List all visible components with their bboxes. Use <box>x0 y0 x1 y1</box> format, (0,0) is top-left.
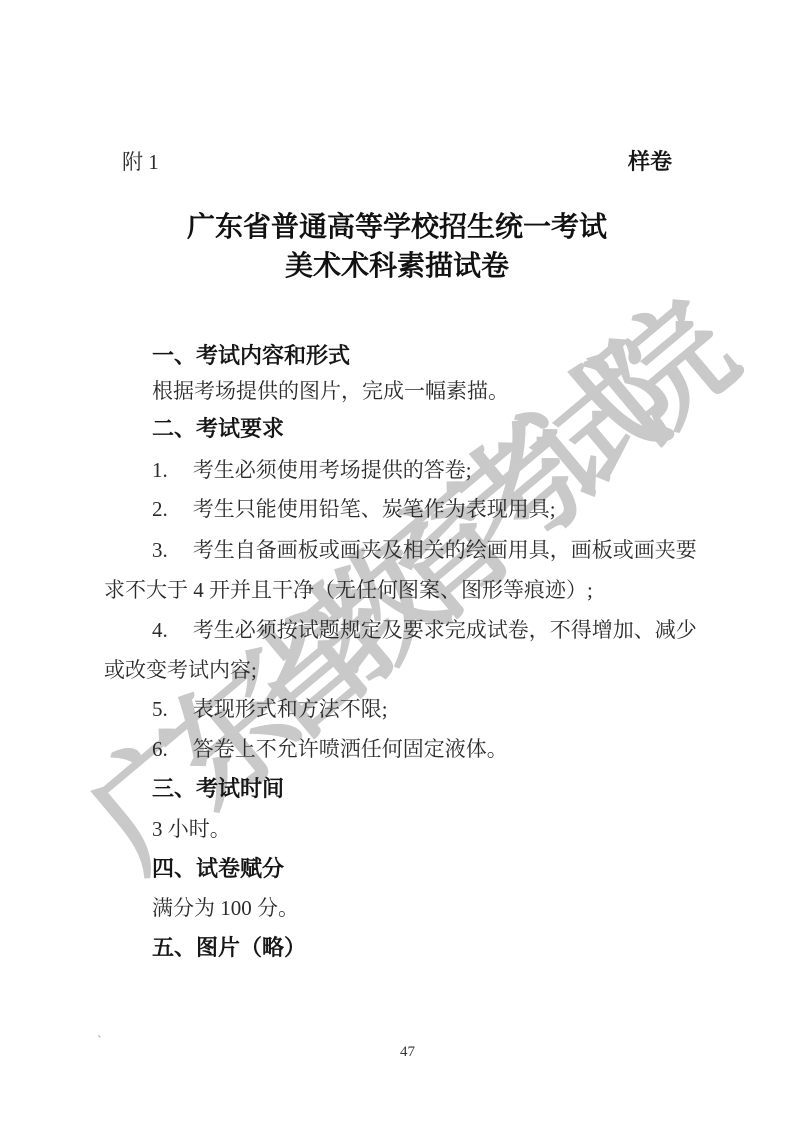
section-1-heading: 一、考试内容和形式 <box>152 344 350 368</box>
section-3-body: 3 小时。 <box>152 817 231 841</box>
item-4-text-line-2: 或改变考试内容; <box>104 658 257 682</box>
page-number: 47 <box>400 1040 415 1064</box>
document-page: 广东省教育考试院 附 1 样卷 广东省普通高等学校招生统一考试 美术术科素描试卷… <box>0 0 794 1123</box>
section-1-body: 根据考场提供的图片，完成一幅素描。 <box>152 379 509 403</box>
item-1-text: 考生必须使用考场提供的答卷; <box>193 458 472 482</box>
requirement-item-1: 1.考生必须使用考场提供的答卷; <box>152 458 472 482</box>
item-5-number: 5. <box>152 697 168 721</box>
requirement-item-4: 4.考生必须按试题规定及要求完成试卷，不得增加、减少 <box>152 618 697 642</box>
item-4-text-line-1: 考生必须按试题规定及要求完成试卷，不得增加、减少 <box>193 618 697 642</box>
item-6-number: 6. <box>152 737 168 761</box>
section-4-body: 满分为 100 分。 <box>152 896 299 920</box>
item-3-number: 3. <box>152 538 168 562</box>
item-4-number: 4. <box>152 618 168 642</box>
section-3-heading: 三、考试时间 <box>152 777 284 801</box>
section-5-heading: 五、图片（略） <box>152 936 306 960</box>
document-title-line-2: 美术术科素描试卷 <box>0 255 794 279</box>
requirement-item-5: 5.表现形式和方法不限; <box>152 697 388 721</box>
requirement-item-3: 3.考生自备画板或画夹及相关的绘画用具，画板或画夹要 <box>152 538 697 562</box>
item-3-text-line-2: 求不大于 4 开并且干净（无任何图案、图形等痕迹）; <box>104 578 593 602</box>
item-5-text: 表现形式和方法不限; <box>193 697 388 721</box>
item-1-number: 1. <box>152 458 168 482</box>
stray-mark: ` <box>97 1030 102 1054</box>
requirement-item-2: 2.考生只能使用铅笔、炭笔作为表现用具; <box>152 497 556 521</box>
section-2-heading: 二、考试要求 <box>152 417 284 441</box>
attachment-label: 附 1 <box>122 150 159 174</box>
sample-label: 样卷 <box>628 150 672 174</box>
document-title-line-1: 广东省普通高等学校招生统一考试 <box>0 216 794 240</box>
item-2-text: 考生只能使用铅笔、炭笔作为表现用具; <box>193 497 556 521</box>
requirement-item-6: 6.答卷上不允许喷洒任何固定液体。 <box>152 737 508 761</box>
section-4-heading: 四、试卷赋分 <box>152 857 284 881</box>
item-3-text-line-1: 考生自备画板或画夹及相关的绘画用具，画板或画夹要 <box>193 538 697 562</box>
item-2-number: 2. <box>152 497 168 521</box>
item-6-text: 答卷上不允许喷洒任何固定液体。 <box>193 737 508 761</box>
